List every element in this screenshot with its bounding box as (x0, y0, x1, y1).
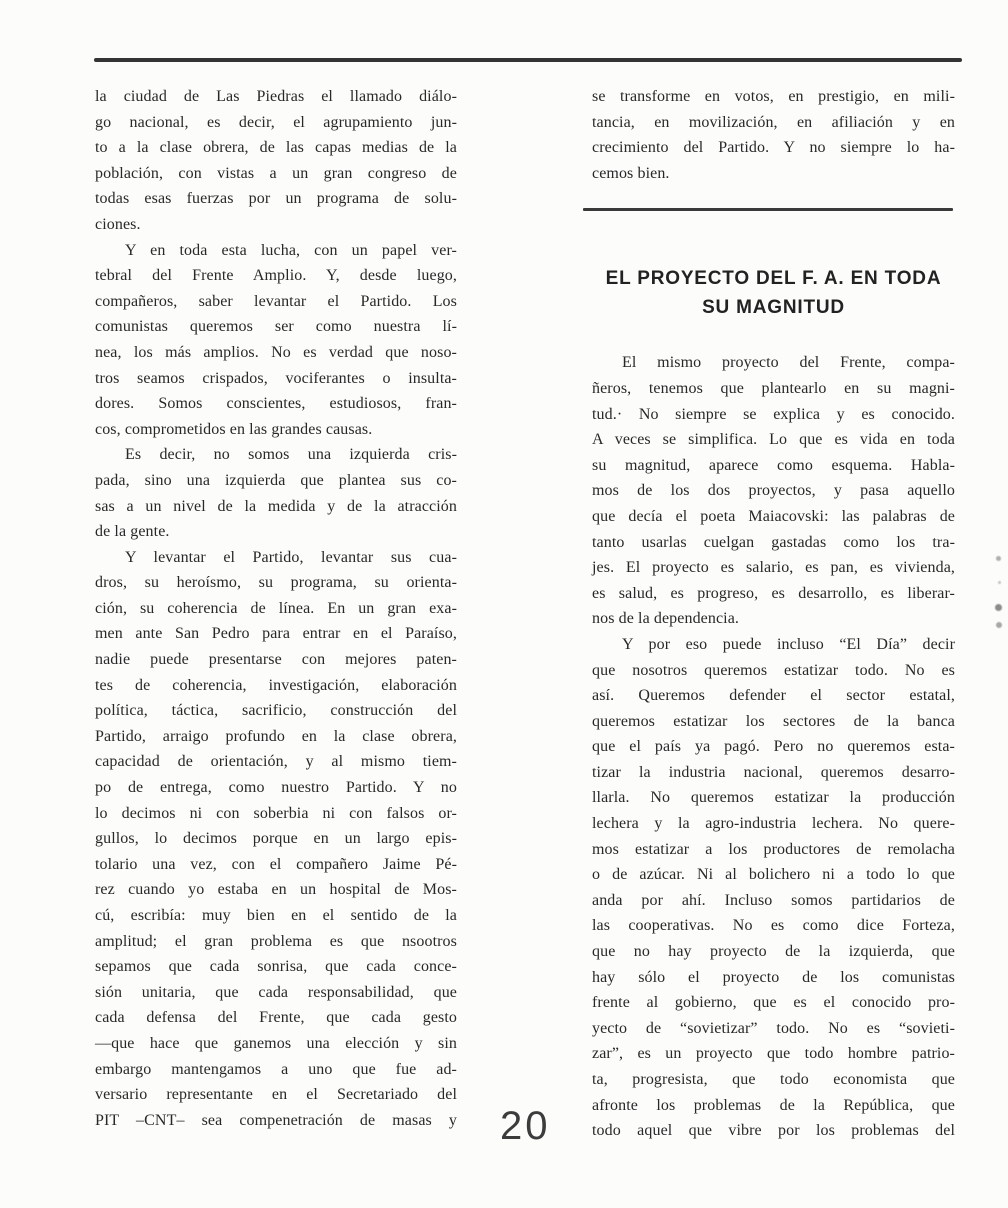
text-line: ta, progresista, que todo economista que (592, 1067, 955, 1093)
text-line: hay sólo el proyecto de los comunistas (592, 965, 955, 991)
section-heading: EL PROYECTO DEL F. A. EN TODASU MAGNITUD (592, 264, 955, 322)
text-line: se transforme en votos, en prestigio, en… (592, 84, 955, 110)
text-line: compañeros, saber levantar el Partido. L… (95, 289, 457, 315)
text-line: así. Queremos defender el sector estatal… (592, 683, 955, 709)
text-line: tros seamos crispados, vociferantes o in… (95, 366, 457, 392)
text-line: cada defensa del Frente, que cada gesto (95, 1005, 457, 1031)
text-line: tizar la industria nacional, queremos de… (592, 760, 955, 786)
scanned-page: la ciudad de Las Piedras el llamado diál… (0, 0, 1008, 1208)
text-line: o de azúcar. Ni al bolichero ni a todo l… (592, 862, 955, 888)
text-line: es salud, es progreso, es desarrollo, es… (592, 581, 955, 607)
section-heading-line: SU MAGNITUD (592, 293, 955, 322)
text-line: queremos estatizar los sectores de la ba… (592, 709, 955, 735)
text-line: nadie puede presentarse con mejores pate… (95, 647, 457, 673)
text-line: que nosotros queremos estatizar todo. No… (592, 658, 955, 684)
text-line: El mismo proyecto del Frente, compa- (592, 350, 955, 376)
text-line: cú, escribía: muy bien en el sentido de … (95, 903, 457, 929)
text-line: jes. El proyecto es salario, es pan, es … (592, 555, 955, 581)
paragraph: Y levantar el Partido, levantar sus cua-… (95, 545, 457, 1134)
text-line: afronte los problemas de la República, q… (592, 1093, 955, 1119)
ink-smudge-dot (996, 556, 1001, 561)
text-line: go nacional, es decir, el agrupamiento j… (95, 110, 457, 136)
text-line: tolario una vez, con el compañero Jaime … (95, 852, 457, 878)
text-line: todo aquel que vibre por los problemas d… (592, 1118, 955, 1144)
text-line: que no hay proyecto de la izquierda, que (592, 939, 955, 965)
page-number: 20 (500, 1104, 551, 1149)
text-line: población, con vistas a un gran congreso… (95, 161, 457, 187)
text-line: crecimiento del Partido. Y no siempre lo… (592, 135, 955, 161)
text-line: PIT –CNT– sea compenetración de masas y (95, 1108, 457, 1134)
text-line: lo decimos ni con soberbia ni con falsos… (95, 801, 457, 827)
section-divider-rule (583, 208, 953, 211)
ink-smudge-dot (998, 581, 1001, 584)
text-line: nos de la dependencia. (592, 606, 955, 632)
left-column: la ciudad de Las Piedras el llamado diál… (95, 84, 457, 1133)
text-line: yecto de “sovietizar” todo. No es “sovie… (592, 1016, 955, 1042)
text-line: sepamos que cada sonrisa, que cada conce… (95, 954, 457, 980)
text-line: tes de coherencia, investigación, elabor… (95, 673, 457, 699)
text-line: mos estatizar a los productores de remol… (592, 837, 955, 863)
text-line: gullos, lo decimos porque en un largo ep… (95, 826, 457, 852)
text-line: po de entrega, como nuestro Partido. Y n… (95, 775, 457, 801)
text-line: —que hace que ganemos una elección y sin (95, 1031, 457, 1057)
paragraph: Y por eso puede incluso “El Día” decirqu… (592, 632, 955, 1144)
text-line: tancia, en movilización, en afiliación y… (592, 110, 955, 136)
text-line: todas esas fuerzas por un programa de so… (95, 186, 457, 212)
text-line: tud.· No siempre se explica y es conocid… (592, 402, 955, 428)
text-line: que el país ya pagó. Pero no queremos es… (592, 734, 955, 760)
text-line: pada, sino una izquierda que plantea sus… (95, 468, 457, 494)
text-line: to a la clase obrera, de las capas media… (95, 135, 457, 161)
text-line: que decía el poeta Maiacovski: las palab… (592, 504, 955, 530)
text-line: rez cuando yo estaba en un hospital de M… (95, 877, 457, 903)
text-line: A veces se simplifica. Lo que es vida en… (592, 427, 955, 453)
text-line: versario representante en el Secretariad… (95, 1082, 457, 1108)
text-line: anda por ahí. Incluso somos partidarios … (592, 888, 955, 914)
text-line: capacidad de orientación, y al mismo tie… (95, 749, 457, 775)
text-line: tanto usarlas cuelgan gastadas como los … (592, 530, 955, 556)
text-line: men ante San Pedro para entrar en el Par… (95, 621, 457, 647)
text-line: de la gente. (95, 519, 457, 545)
text-line: cemos bien. (592, 161, 955, 187)
text-line: embargo mantengamos a uno que fue ad- (95, 1057, 457, 1083)
text-line: ción, su coherencia de línea. En un gran… (95, 596, 457, 622)
text-line: política, táctica, sacrificio, construcc… (95, 698, 457, 724)
text-line: ciones. (95, 212, 457, 238)
text-line: Y levantar el Partido, levantar sus cua- (95, 545, 457, 571)
text-line: Y en toda esta lucha, con un papel ver- (95, 238, 457, 264)
right-column: se transforme en votos, en prestigio, en… (592, 84, 955, 1144)
text-line: su magnitud, aparece como esquema. Habla… (592, 453, 955, 479)
text-line: sas a un nivel de la medida y de la atra… (95, 494, 457, 520)
text-line: frente al gobierno, que es el conocido p… (592, 990, 955, 1016)
paragraph: El mismo proyecto del Frente, compa-ñero… (592, 350, 955, 632)
section-heading-line: EL PROYECTO DEL F. A. EN TODA (592, 264, 955, 293)
text-line: comunistas queremos ser como nuestra lí- (95, 314, 457, 340)
paragraph: Y en toda esta lucha, con un papel ver-t… (95, 238, 457, 443)
paragraph: la ciudad de Las Piedras el llamado diál… (95, 84, 457, 238)
text-line: las cooperativas. No es como dice Fortez… (592, 913, 955, 939)
text-line: llarla. No queremos estatizar la producc… (592, 785, 955, 811)
text-line: la ciudad de Las Piedras el llamado diál… (95, 84, 457, 110)
text-line: Y por eso puede incluso “El Día” decir (592, 632, 955, 658)
paragraph: Es decir, no somos una izquierda cris-pa… (95, 442, 457, 544)
top-rule (94, 58, 962, 62)
text-line: lechera y la agro-industria lechera. No … (592, 811, 955, 837)
text-line: nea, los más amplios. No es verdad que n… (95, 340, 457, 366)
text-line: mos de los dos proyectos, y pasa aquello (592, 478, 955, 504)
text-line: ñeros, tenemos que plantearlo en su magn… (592, 376, 955, 402)
text-line: dros, su heroísmo, su programa, su orien… (95, 570, 457, 596)
text-line: dores. Somos conscientes, estudiosos, fr… (95, 391, 457, 417)
text-line: zar”, es un proyecto que todo hombre pat… (592, 1041, 955, 1067)
text-line: Partido, arraigo profundo en la clase ob… (95, 724, 457, 750)
paragraph: se transforme en votos, en prestigio, en… (592, 84, 955, 186)
ink-smudge-dot (995, 604, 1002, 611)
text-line: Es decir, no somos una izquierda cris- (95, 442, 457, 468)
text-line: amplitud; el gran problema es que nsootr… (95, 929, 457, 955)
ink-smudge-dot (996, 622, 1002, 628)
text-line: sión unitaria, que cada responsabilidad,… (95, 980, 457, 1006)
text-line: tebral del Frente Amplio. Y, desde luego… (95, 263, 457, 289)
text-line: cos, comprometidos en las grandes causas… (95, 417, 457, 443)
